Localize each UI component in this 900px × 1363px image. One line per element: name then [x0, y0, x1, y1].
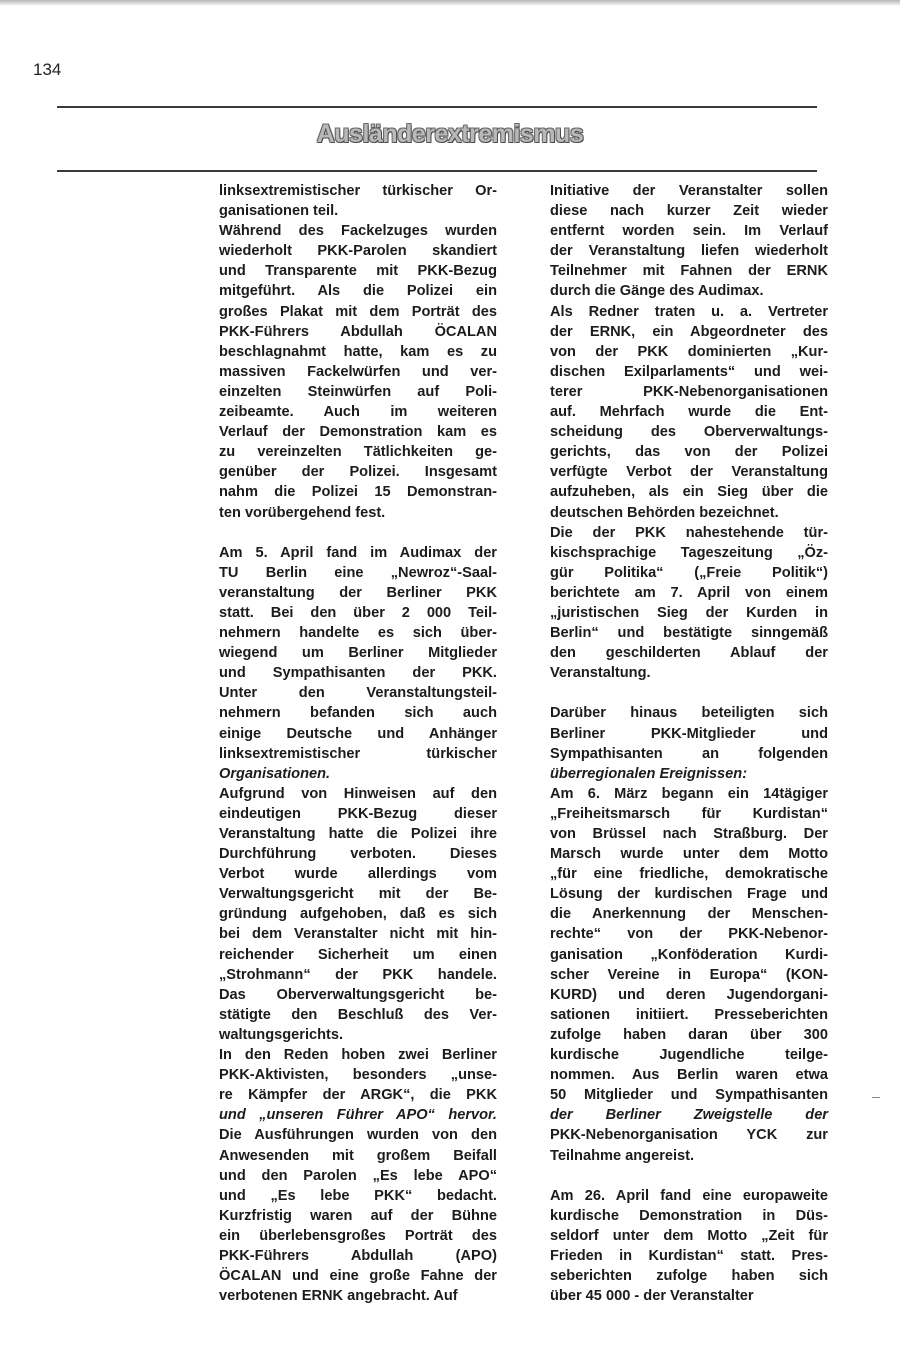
text-line: Frieden in Kurdistan“ statt. Pres-	[550, 1246, 828, 1266]
text-line: zeibeamte. Auch im weiteren	[219, 402, 497, 422]
text-line: von Brüssel nach Straßburg. Der	[550, 824, 828, 844]
text-line: auf. Mehrfach wurde die Ent-	[550, 402, 828, 422]
text-line: ganisation „Konföderation Kurdi-	[550, 945, 828, 965]
text-line: sationen initiiert. Presseberichten	[550, 1005, 828, 1025]
text-line: mitgeführt. Als die Polizei ein	[219, 281, 497, 301]
text-line: Teilnahme angereist.	[550, 1146, 828, 1166]
text-line: die Anerkennung der Menschen-	[550, 904, 828, 924]
text-line: einige Deutsche und Anhänger	[219, 724, 497, 744]
header-rule-bottom	[57, 170, 817, 172]
text-line: rechte“ von der PKK-Nebenor-	[550, 924, 828, 944]
text-line: Unter den Veranstaltungsteil-	[219, 683, 497, 703]
page-number: 134	[33, 60, 61, 80]
text-line: wiegend um Berliner Mitglieder	[219, 643, 497, 663]
paragraph-gap	[550, 1166, 828, 1186]
text-line: einzelten Steinwürfen auf Poli-	[219, 382, 497, 402]
text-line: seldorf unter dem Motto „Zeit für	[550, 1226, 828, 1246]
text-line: aufzuheben, als ein Sieg über die	[550, 482, 828, 502]
text-line: Berliner PKK-Mitglieder und	[550, 724, 828, 744]
text-line: verfügte Verbot der Veranstaltung	[550, 462, 828, 482]
text-line: re Kämpfer der ARGK“, die PKK	[219, 1085, 497, 1105]
text-line: veranstaltung der Berliner PKK	[219, 583, 497, 603]
text-line: der Berliner Zweigstelle der	[550, 1105, 828, 1125]
text-line: und „unseren Führer APO“ hervor.	[219, 1105, 497, 1125]
text-line: wiederholt PKK-Parolen skandiert	[219, 241, 497, 261]
text-line: linksextremistischer türkischer	[219, 744, 497, 764]
text-line: „Freiheitsmarsch für Kurdistan“	[550, 804, 828, 824]
text-line: und Sympathisanten der PKK.	[219, 663, 497, 683]
section-title: Ausländerextremismus	[0, 120, 900, 149]
paragraph-gap	[219, 523, 497, 543]
text-line: kischsprachige Tageszeitung „Öz-	[550, 543, 828, 563]
text-line: Lösung der kurdischen Frage und	[550, 884, 828, 904]
text-line: nommen. Aus Berlin waren etwa	[550, 1065, 828, 1085]
paragraph-gap	[550, 683, 828, 703]
text-line: linksextremistischer türkischer Or-	[219, 181, 497, 201]
text-line: entfernt worden sein. Im Verlauf	[550, 221, 828, 241]
text-line: scheidung des Oberverwaltungs-	[550, 422, 828, 442]
text-line: PKK-Nebenorganisation YCK zur	[550, 1125, 828, 1145]
text-line: gerichts, das von der Polizei	[550, 442, 828, 462]
text-line: Veranstaltung hatte die Polizei ihre	[219, 824, 497, 844]
text-line: „juristischen Sieg der Kurden in	[550, 603, 828, 623]
text-line: TU Berlin eine „Newroz“-Saal-	[219, 563, 497, 583]
text-line: bei dem Veranstalter nicht mit hin-	[219, 924, 497, 944]
text-line: ÖCALAN und eine große Fahne der	[219, 1266, 497, 1286]
text-line: Initiative der Veranstalter sollen	[550, 181, 828, 201]
text-line: Verlauf der Demonstration kam es	[219, 422, 497, 442]
text-line: durch die Gänge des Audimax.	[550, 281, 828, 301]
text-line: Am 6. März begann ein 14tägiger	[550, 784, 828, 804]
text-line: Berlin“ und bestätigte sinngemäß	[550, 623, 828, 643]
text-line: verbotenen ERNK angebracht. Auf	[219, 1286, 497, 1306]
text-line: beschlagnahmt hatte, kam es zu	[219, 342, 497, 362]
text-line: dischen Exilparlaments“ und wei-	[550, 362, 828, 382]
text-line: der Veranstaltung liefen wiederholt	[550, 241, 828, 261]
text-line: Durchführung verboten. Dieses	[219, 844, 497, 864]
text-line: Während des Fackelzuges wurden	[219, 221, 497, 241]
text-line: Veranstaltung.	[550, 663, 828, 683]
margin-mark	[872, 1097, 880, 1098]
text-line: den geschilderten Ablauf der	[550, 643, 828, 663]
text-line: Aufgrund von Hinweisen auf den	[219, 784, 497, 804]
text-line: PKK-Führers Abdullah (APO)	[219, 1246, 497, 1266]
text-line: Marsch wurde unter dem Motto	[550, 844, 828, 864]
text-line: großes Plakat mit dem Porträt des	[219, 302, 497, 322]
text-line: Darüber hinaus beteiligten sich	[550, 703, 828, 723]
text-line: von der PKK dominierten „Kur-	[550, 342, 828, 362]
text-line: nehmern handelte es sich über-	[219, 623, 497, 643]
text-line: Anwesenden mit großem Beifall	[219, 1146, 497, 1166]
text-line: seberichten zufolge haben sich	[550, 1266, 828, 1286]
text-line: kurdische Demonstration in Düs-	[550, 1206, 828, 1226]
text-line: genüber der Polizei. Insgesamt	[219, 462, 497, 482]
text-line: ten vorübergehend fest.	[219, 503, 497, 523]
text-line: terer PKK-Nebenorganisationen	[550, 382, 828, 402]
header-rule-top	[57, 106, 817, 108]
text-line: Kurzfristig waren auf der Bühne	[219, 1206, 497, 1226]
text-line: Als Redner traten u. a. Vertreter	[550, 302, 828, 322]
text-line: gür Politika“ („Freie Politik“)	[550, 563, 828, 583]
text-line: PKK-Führers Abdullah ÖCALAN	[219, 322, 497, 342]
text-line: Die Ausführungen wurden von den	[219, 1125, 497, 1145]
scan-edge	[0, 0, 900, 6]
text-line: Am 26. April fand eine europaweite	[550, 1186, 828, 1206]
text-line: ein überlebensgroßes Porträt des	[219, 1226, 497, 1246]
text-line: Sympathisanten an folgenden	[550, 744, 828, 764]
text-line: diese nach kurzer Zeit wieder	[550, 201, 828, 221]
text-line: waltungsgerichts.	[219, 1025, 497, 1045]
text-line: nahm die Polizei 15 Demonstran-	[219, 482, 497, 502]
text-line: und den Parolen „Es lebe APO“	[219, 1166, 497, 1186]
text-line: PKK-Aktivisten, besonders „unse-	[219, 1065, 497, 1085]
text-line: ganisationen teil.	[219, 201, 497, 221]
text-line: Die der PKK nahestehende tür-	[550, 523, 828, 543]
text-line: reichender Sicherheit um einen	[219, 945, 497, 965]
text-line: Das Oberverwaltungsgericht be-	[219, 985, 497, 1005]
text-line: zu vereinzelten Tätlichkeiten ge-	[219, 442, 497, 462]
text-line: stätigte den Beschluß des Ver-	[219, 1005, 497, 1025]
text-line: gründung aufgehoben, daß es sich	[219, 904, 497, 924]
text-line: massiven Fackelwürfen und ver-	[219, 362, 497, 382]
text-line: Organisationen.	[219, 764, 497, 784]
left-column: linksextremistischer türkischer Or-ganis…	[219, 181, 497, 1306]
text-line: 50 Mitglieder und Sympathisanten	[550, 1085, 828, 1105]
text-line: zufolge haben daran über 300	[550, 1025, 828, 1045]
text-line: Am 5. April fand im Audimax der	[219, 543, 497, 563]
text-line: überregionalen Ereignissen:	[550, 764, 828, 784]
text-line: über 45 000 - der Veranstalter	[550, 1286, 828, 1306]
text-line: statt. Bei den über 2 000 Teil-	[219, 603, 497, 623]
text-line: Verwaltungsgericht mit der Be-	[219, 884, 497, 904]
text-line: In den Reden hoben zwei Berliner	[219, 1045, 497, 1065]
text-line: Teilnehmer mit Fahnen der ERNK	[550, 261, 828, 281]
text-line: berichtete am 7. April von einem	[550, 583, 828, 603]
text-line: nehmern befanden sich auch	[219, 703, 497, 723]
text-line: kurdische Jugendliche teilge-	[550, 1045, 828, 1065]
text-line: Verbot wurde allerdings vom	[219, 864, 497, 884]
text-line: KURD) und deren Jugendorgani-	[550, 985, 828, 1005]
text-line: und „Es lebe PKK“ bedacht.	[219, 1186, 497, 1206]
right-column: Initiative der Veranstalter sollendiese …	[550, 181, 828, 1306]
text-line: eindeutigen PKK-Bezug dieser	[219, 804, 497, 824]
text-line: scher Vereine in Europa“ (KON-	[550, 965, 828, 985]
text-line: „Strohmann“ der PKK handele.	[219, 965, 497, 985]
text-line: „für eine friedliche, demokratische	[550, 864, 828, 884]
text-line: und Transparente mit PKK-Bezug	[219, 261, 497, 281]
text-line: der ERNK, ein Abgeordneter des	[550, 322, 828, 342]
text-line: deutschen Behörden bezeichnet.	[550, 503, 828, 523]
